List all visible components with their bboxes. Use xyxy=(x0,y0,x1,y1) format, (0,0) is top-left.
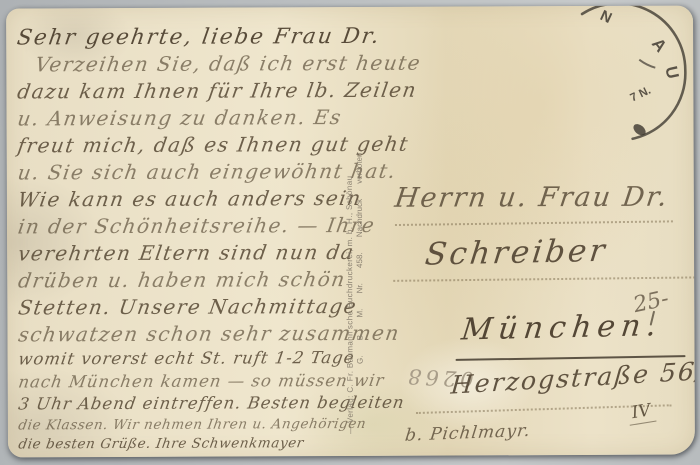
message-line: dazu kam Ihnen für Ihre lb. Zeilen xyxy=(15,77,375,106)
address-recipient-line2: Schreiber xyxy=(423,233,609,273)
message-line: Stetten. Unsere Nachmittage xyxy=(16,293,376,322)
message-line: die Klassen. Wir nehmen Ihren u. Angehör… xyxy=(17,414,376,435)
imprint-number-line: G. B. M. Nr. 458. Nachdruck verboten. xyxy=(354,96,364,434)
message-line: nach München kamen — so müssen wir xyxy=(17,369,376,393)
address-recipient-line1: Herrn u. Frau Dr. xyxy=(393,182,671,214)
message-line: u. Anweisung zu danken. Es xyxy=(16,104,376,133)
message-line: Sehr geehrte, liebe Frau Dr. xyxy=(15,23,375,52)
message-line: drüben u. haben mich schön xyxy=(16,266,376,295)
publisher-line: — Verlag: C. Fr. Baumann'sche Buchdrucke… xyxy=(344,96,354,434)
address-street: Herzogstraße 56/ xyxy=(450,356,695,399)
postmark-inner-dash xyxy=(639,60,655,68)
message-text: Sehr geehrte, liebe Frau Dr. Verzeihen S… xyxy=(15,23,373,454)
address-city: München. xyxy=(460,308,665,347)
scan-background: Sehr geehrte, liebe Frau Dr. Verzeihen S… xyxy=(0,0,700,465)
message-line: in der Schönheitsreihe. — Ihre xyxy=(16,212,376,241)
message-line: 3 Uhr Abend eintreffen. Besten begleiten xyxy=(17,392,376,416)
address-ruled-line xyxy=(393,276,695,281)
message-line: die besten Grüße. Ihre Schwenkmayer xyxy=(17,433,376,454)
message-line: verehrten Eltern sind nun da xyxy=(16,239,376,268)
message-line: Verzeihen Sie, daß ich erst heute xyxy=(33,50,375,78)
message-line: womit vorerst echt St. ruft 1-2 Tage xyxy=(17,347,376,371)
address-ruled-line xyxy=(395,220,673,226)
message-line: u. Sie sich auch eingewöhnt hat. xyxy=(16,158,376,187)
postmark-letter: A xyxy=(648,34,671,55)
address-annotation: b. Pichlmayr. xyxy=(404,421,532,446)
message-line: Wie kann es auch anders sein xyxy=(16,185,376,214)
postmark-letter: N xyxy=(597,7,614,27)
postmark-letter: U xyxy=(661,64,682,80)
message-line: freut mich, daß es Ihnen gut geht xyxy=(16,131,376,160)
postcard: Sehr geehrte, liebe Frau Dr. Verzeihen S… xyxy=(6,6,695,458)
postmark-date-text: 7 N. xyxy=(629,85,653,105)
message-line: schwatzen schon sehr zusammen xyxy=(17,320,377,349)
postmark-stamp: N A U 7 N. xyxy=(562,6,695,157)
address-floor: IV xyxy=(626,400,656,426)
